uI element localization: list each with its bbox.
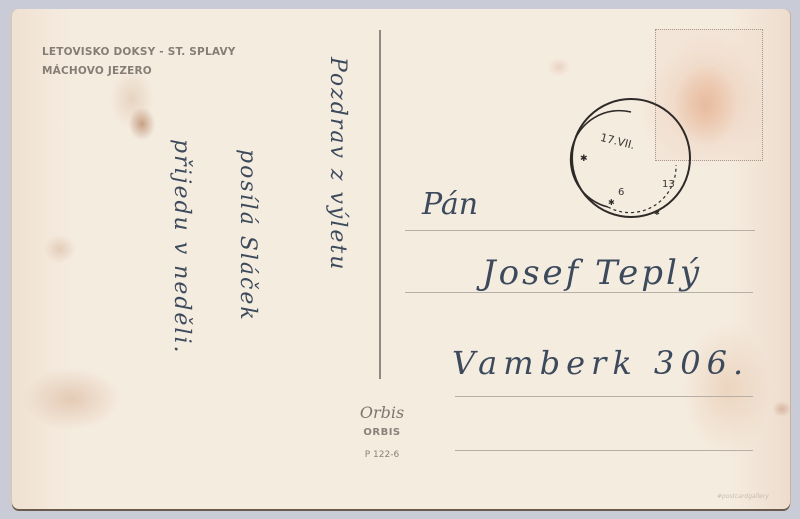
- publisher-name: ORBIS: [342, 427, 422, 438]
- postmark-year: 13: [662, 179, 675, 190]
- caption-line-lake: MÁCHOVO JEZERO: [42, 62, 236, 81]
- message-column-3: přijedu v neděli.: [169, 139, 194, 355]
- postcard: LETOVISKO DOKSY - ST. SPLAVY MÁCHOVO JEZ…: [12, 9, 790, 509]
- publisher-mark: Orbis ORBIS P 122-6: [342, 399, 422, 460]
- message-column-1: Pozdrav z výletu: [325, 57, 350, 271]
- svg-text:✱: ✱: [654, 209, 660, 217]
- svg-text:✱: ✱: [580, 154, 588, 164]
- orbis-logo-icon: Orbis: [342, 399, 422, 427]
- address-name: Josef Teplý: [482, 253, 702, 293]
- caption-line-location: LETOVISKO DOKSY - ST. SPLAVY: [42, 43, 236, 62]
- postmark-time: 6: [618, 187, 624, 198]
- message-column-2: posílá Sláček: [235, 149, 260, 322]
- card-code: P 122-6: [342, 450, 422, 460]
- center-divider: [379, 30, 381, 379]
- postcard-caption: LETOVISKO DOKSY - ST. SPLAVY MÁCHOVO JEZ…: [42, 43, 236, 81]
- address-salutation: Pán: [422, 187, 478, 222]
- address-line-3: [455, 396, 753, 397]
- address-line-1: [405, 230, 755, 231]
- address-line-4: [455, 450, 753, 451]
- postmark-icon: ✱ ✱ ✱: [568, 95, 694, 221]
- watermark: #postcardgallery: [717, 493, 769, 500]
- svg-text:✱: ✱: [608, 198, 615, 207]
- address-city: Vamberk 306.: [452, 344, 749, 382]
- address-line-2: [405, 292, 753, 293]
